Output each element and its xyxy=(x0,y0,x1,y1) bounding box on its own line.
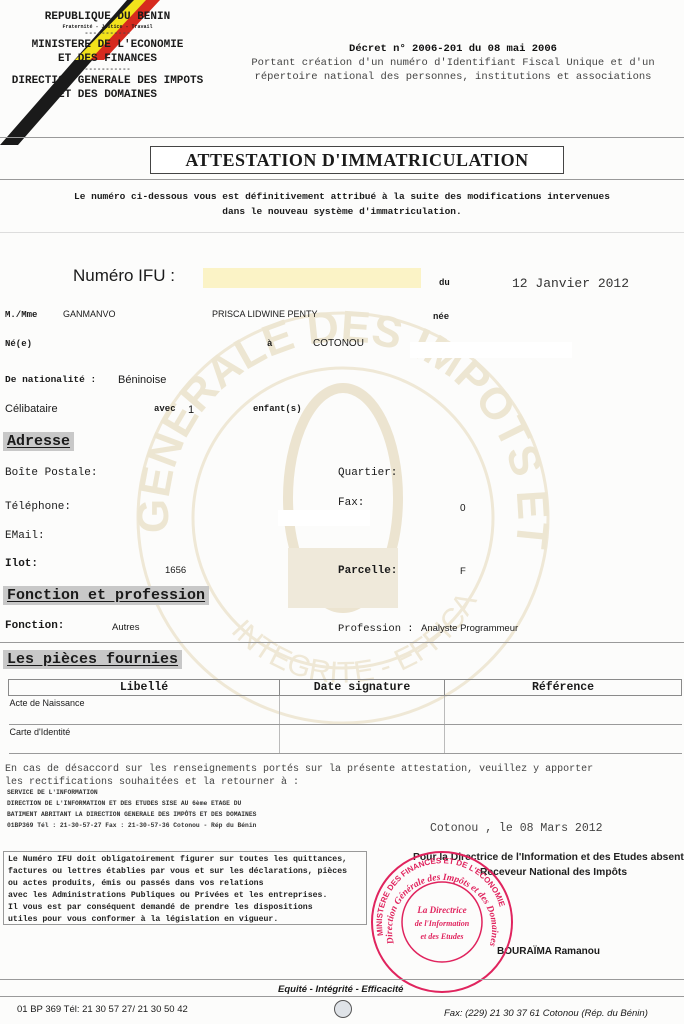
section-documents: Les pièces fournies xyxy=(3,650,182,669)
name-label: M./Mme xyxy=(5,310,37,320)
emblem-icon xyxy=(334,1000,352,1018)
cell-reference xyxy=(445,725,682,754)
footer-motto: Equité - Intégrité - Efficacité xyxy=(278,984,403,995)
decree-line1: Portant création d'un numéro d'Identifia… xyxy=(222,56,684,70)
avec-label: avec xyxy=(154,404,176,414)
col-date-signature: Date signature xyxy=(280,680,445,696)
decree-block: Décret n° 2006-201 du 08 mai 2006 Portan… xyxy=(222,42,684,84)
divider xyxy=(0,979,684,980)
svg-text:La Directrice: La Directrice xyxy=(416,905,466,915)
service-line2: DIRECTION DE L'INFORMATION ET DES ETUDES… xyxy=(7,798,256,809)
divider xyxy=(0,996,684,997)
col-reference: Référence xyxy=(445,680,682,696)
phone-label: Téléphone: xyxy=(5,501,71,513)
divider xyxy=(0,642,684,643)
issuer-block: REPUBLIQUE DU BENIN Fraternité - Justice… xyxy=(0,10,215,102)
ministry-line1: MINISTERE DE L'ECONOMIE xyxy=(0,38,215,52)
service-address: SERVICE DE L'INFORMATION DIRECTION DE L'… xyxy=(7,787,256,831)
divider xyxy=(0,179,684,180)
first-names: PRISCA LIDWINE PENTY xyxy=(212,309,318,319)
section-address: Adresse xyxy=(3,432,74,451)
service-line3: BATIMENT ABRITANT LA DIRECTION GENERALE … xyxy=(7,809,256,820)
table-row: Carte d'Identité xyxy=(9,725,682,754)
service-line4: 01BP369 Tél : 21-30-57-27 Fax : 21-30-57… xyxy=(7,820,256,831)
separator: ----------- xyxy=(0,30,215,38)
col-libelle: Libellé xyxy=(9,680,280,696)
ifu-number-field xyxy=(203,268,421,288)
redacted-field xyxy=(278,510,370,526)
decree-title: Décret n° 2006-201 du 08 mai 2006 xyxy=(222,42,684,56)
fax-value: 0 xyxy=(460,503,466,514)
intro-line1: Le numéro ci-dessous vous est définitive… xyxy=(0,189,684,204)
notice-line: factures ou lettres établies par vous et… xyxy=(8,866,366,878)
notice-line: Il vous est par conséquent demandé de pr… xyxy=(8,902,366,914)
country-name: REPUBLIQUE DU BENIN xyxy=(0,10,215,24)
parcelle-value: F xyxy=(460,566,466,577)
ifu-label: Numéro IFU : xyxy=(73,266,175,286)
intro-text: Le numéro ci-dessous vous est définitive… xyxy=(0,189,684,219)
decree-line2: répertoire national des personnes, insti… xyxy=(222,70,684,84)
ilot-value: 1656 xyxy=(165,565,186,576)
notice-line: Le Numéro IFU doit obligatoirement figur… xyxy=(8,854,366,866)
fonction-label: Fonction: xyxy=(5,620,64,632)
fax-label: Fax: xyxy=(338,497,364,509)
place-and-date: Cotonou , le 08 Mars 2012 xyxy=(430,822,603,835)
parcelle-label: Parcelle: xyxy=(338,565,397,577)
document-title: ATTESTATION D'IMMATRICULATION xyxy=(150,146,564,174)
children-count: 1 xyxy=(188,404,194,416)
table-row: Acte de Naissance xyxy=(9,696,682,725)
section-profession: Fonction et profession xyxy=(3,586,209,605)
divider xyxy=(0,137,684,138)
official-stamp: MINISTERE DES FINANCES ET DE L'ECONOMIE … xyxy=(367,847,517,997)
redacted-field xyxy=(410,342,572,358)
svg-text:de l'Information: de l'Information xyxy=(415,919,470,928)
at-label: à xyxy=(267,339,272,349)
notice-line: utiles pour vous conformer à la législat… xyxy=(8,914,366,926)
documents-table: Libellé Date signature Référence Acte de… xyxy=(8,679,682,754)
footer-fax: Fax: (229) 21 30 37 61 Cotonou (Rép. du … xyxy=(444,1008,648,1019)
last-name: GANMANVO xyxy=(63,309,116,319)
email-label: EMail: xyxy=(5,530,45,542)
divider xyxy=(0,232,684,233)
du-label: du xyxy=(439,278,450,288)
direction-line2: ET DES DOMAINES xyxy=(0,88,215,102)
cell-date-signature xyxy=(280,696,445,725)
footer-contact: 01 BP 369 Tél: 21 30 57 27/ 21 30 50 42 xyxy=(17,1004,188,1015)
po-box-label: Boîte Postale: xyxy=(5,467,97,479)
disagree-line1: En cas de désaccord sur les renseignemen… xyxy=(5,763,593,776)
quartier-label: Quartier: xyxy=(338,467,397,479)
nationality: Béninoise xyxy=(118,374,166,386)
fonction-value: Autres xyxy=(112,622,139,633)
profession-label: Profession : xyxy=(338,623,414,635)
cell-libelle: Carte d'Identité xyxy=(9,725,280,754)
registration-date: 12 Janvier 2012 xyxy=(512,276,629,291)
svg-text:et des Etudes: et des Etudes xyxy=(420,932,463,941)
cell-libelle: Acte de Naissance xyxy=(9,696,280,725)
profession-value: Analyste Programmeur xyxy=(421,623,518,634)
born-label: Né(e) xyxy=(5,339,32,349)
ifu-notice-box: Le Numéro IFU doit obligatoirement figur… xyxy=(3,851,367,925)
ilot-label: Ilot: xyxy=(5,558,38,570)
notice-line: ou actes produits, émis ou passés dans v… xyxy=(8,878,366,890)
nationality-label: De nationalité : xyxy=(5,374,96,385)
birth-place: COTONOU xyxy=(313,338,364,349)
separator: ----------- xyxy=(0,66,215,74)
children-label: enfant(s) xyxy=(253,404,302,414)
direction-line1: DIRECTION GENERALE DES IMPOTS xyxy=(0,74,215,88)
cell-reference xyxy=(445,696,682,725)
nee-label: née xyxy=(433,312,449,322)
service-line1: SERVICE DE L'INFORMATION xyxy=(7,787,256,798)
intro-line2: dans le nouveau système d'immatriculatio… xyxy=(0,204,684,219)
disagreement-note: En cas de désaccord sur les renseignemen… xyxy=(5,763,593,789)
notice-line: avec les Administrations Publiques ou Pr… xyxy=(8,890,366,902)
cell-date-signature xyxy=(280,725,445,754)
ministry-line2: ET DES FINANCES xyxy=(0,52,215,66)
marital-status: Célibataire xyxy=(5,403,58,415)
